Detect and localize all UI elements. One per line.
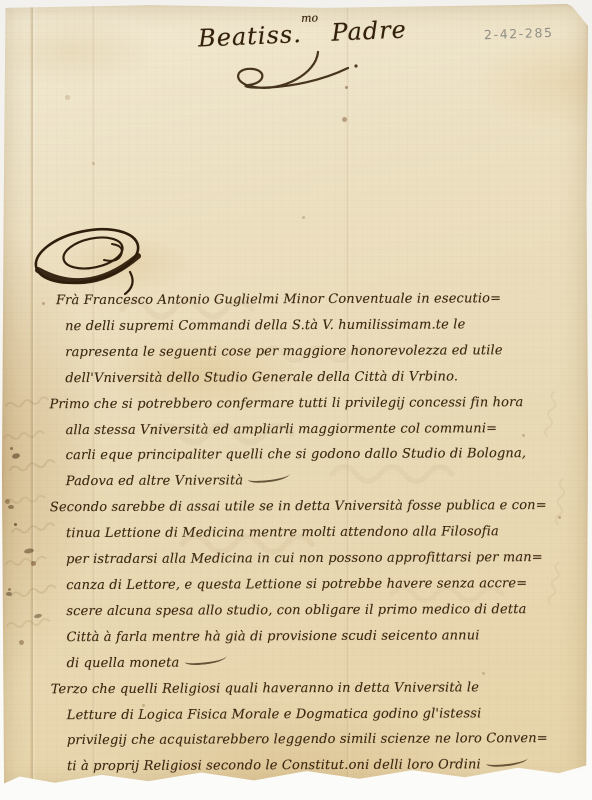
manuscript-line: Secondo sarebbe di assai utile se in det… [50,493,580,521]
manuscript-line: ti à proprij Religiosi secondo le Consti… [67,752,581,780]
salutation-word-2: Padre [331,15,408,46]
salutation-word-1: Beatiss. [197,20,302,52]
manuscript-line: Frà Francesco Antonio Guglielmi Minor Co… [56,286,579,314]
manuscript-line: Letture di Logica Fisica Morale e Dogmat… [67,700,581,728]
manuscript-line: Città à farla mentre hà già di provision… [66,623,580,651]
paragraph-primo: Primo che si potrebbero confermare tutti… [65,390,579,496]
paragraph-terzo: Terzo che quelli Religiosi quali haveran… [67,674,581,780]
manuscript-line: rapresenta le seguenti cose per maggiore… [65,338,579,366]
manuscript-line: Primo che si potrebbero confermare tutti… [49,390,579,418]
manuscript-line: Terzo che quelli Religiosi quali haveran… [51,674,581,702]
manuscript-line: ne delli supremi Commandi della S.tà V. … [65,312,579,340]
manuscript-line: alla stessa Vniversità ed ampliarli magg… [65,415,579,443]
manuscript-line: per istradarsi alla Medicina in cui non … [66,545,580,573]
salutation-superscript: mo [301,11,319,25]
salutation-flourish-icon [200,50,370,102]
manuscript-line: Padova ed altre Vniversità [66,467,580,495]
manuscript-line: scere alcuna spesa allo studio, con obli… [66,597,580,625]
paragraph-secondo: Secondo sarebbe di assai utile se in det… [66,493,581,677]
manuscript-line: dell'Vniversità dello Studio Generale de… [65,364,579,392]
letter-body: Frà Francesco Antonio Guglielmi Minor Co… [65,286,581,780]
catalog-number: 2-42-285 [484,25,554,42]
manuscript-line: privilegij che acquistarebbero leggendo … [67,726,581,754]
fold-crease-left [30,4,35,789]
manuscript-line: tinua Lettione di Medicina mentre molti … [66,519,580,547]
manuscript-line: carli eque principaliter quelli che si g… [66,441,580,469]
manuscript-line: canza di Lettore, e questa Lettione si p… [66,571,580,599]
salutation: Beatiss.mo Padre [197,15,407,52]
manuscript-paper: 2-42-285 Beatiss.mo Padre Frà Francesco … [2,4,588,789]
foxing-spots [2,4,5,7]
scan-background: 2-42-285 Beatiss.mo Padre Frà Francesco … [0,0,592,800]
paragraph-intro: Frà Francesco Antonio Guglielmi Minor Co… [65,286,579,392]
manuscript-line: di quella moneta [67,649,581,677]
